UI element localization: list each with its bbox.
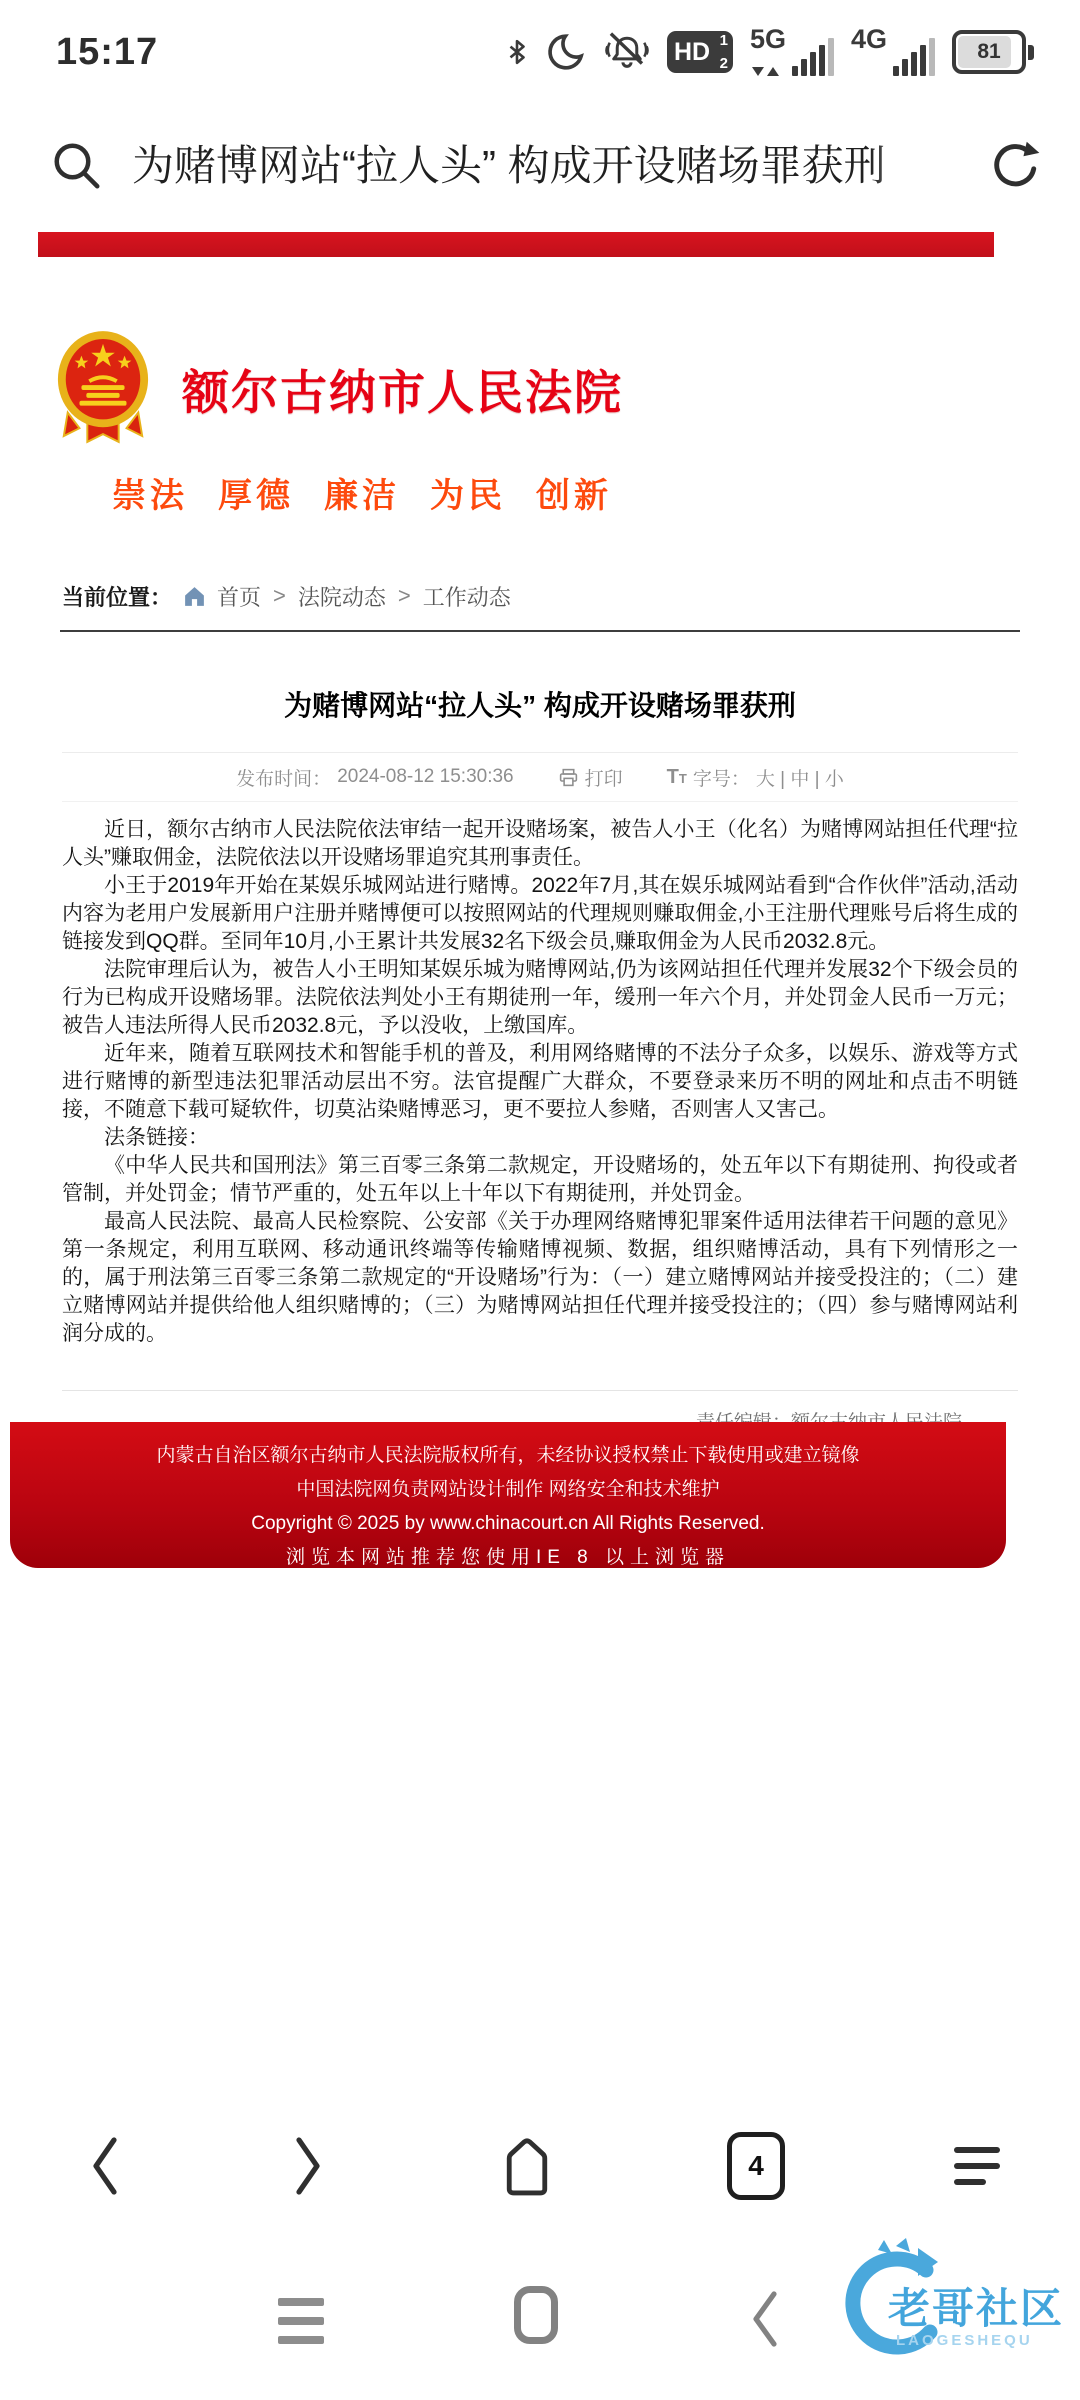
home-button[interactable] <box>496 2133 558 2199</box>
browser-address-bar[interactable]: 为赌博网站“拉人头” 构成开设赌场罪获刑 <box>50 116 1044 216</box>
address-text[interactable]: 为赌博网站“拉人头” 构成开设赌场罪获刑 <box>132 134 960 198</box>
status-icons: HD 1 2 5G 4G 81 <box>504 26 1034 78</box>
signal-4g: 4G <box>851 26 935 78</box>
fontsize-options[interactable]: 大 | 中 | 小 <box>756 764 844 791</box>
slogan-word: 为民 <box>430 468 506 517</box>
national-emblem-logo[interactable] <box>54 330 152 448</box>
breadcrumb-label: 当前位置： <box>62 581 172 612</box>
paragraph: 法院审理后认为，被告人小王明知某娱乐城为赌博网站,仍为该网站担任代理并发展32个… <box>62 956 1018 1040</box>
system-back-button[interactable] <box>748 2288 782 2350</box>
site-title[interactable]: 额尔古纳市人民法院 <box>182 356 623 423</box>
fontsize-icon: TT <box>667 766 687 789</box>
status-bar: 15:17 HD 1 2 <box>56 26 1034 78</box>
battery-indicator: 81 <box>952 30 1034 74</box>
page-load-progress-bar <box>38 232 994 257</box>
slogan-word: 创新 <box>536 468 612 517</box>
breadcrumb: 当前位置： 首页 > 法院动态 > 工作动态 <box>62 576 1020 616</box>
paragraph: 小王于2019年开始在某娱乐城网站进行赌博。2022年7月,其在娱乐城网站看到“… <box>62 872 1018 956</box>
address-text-fade <box>870 134 960 198</box>
browser-menu-button[interactable] <box>954 2147 1002 2185</box>
hd-sim2: 2 <box>720 55 728 72</box>
address-text-wrap[interactable]: 为赌博网站“拉人头” 构成开设赌场罪获刑 <box>132 134 960 198</box>
print-button[interactable]: 打印 <box>558 764 623 791</box>
site-footer: 内蒙古自治区额尔古纳市人民法院版权所有，未经协议授权禁止下载使用或建立镜像 中国… <box>10 1422 1006 1568</box>
battery-nub-icon <box>1028 45 1034 60</box>
paragraph: 法条链接： <box>62 1124 1018 1152</box>
meta-bottom-divider <box>62 801 1018 802</box>
publish-value: 2024-08-12 15:30:36 <box>337 766 513 788</box>
article-title: 为赌博网站“拉人头” 构成开设赌场罪获刑 <box>62 684 1018 724</box>
site-slogan: 崇法 厚德 廉洁 为民 创新 <box>112 468 612 517</box>
watermark-text: 老哥社区 <box>888 2276 1064 2336</box>
fontsize-control[interactable]: TT 字号： 大 | 中 | 小 <box>667 764 844 791</box>
data-activity-arrows-icon <box>752 67 779 76</box>
browser-toolbar: 4 <box>0 2106 1080 2226</box>
printer-icon <box>558 767 579 788</box>
forward-button[interactable] <box>291 2134 327 2198</box>
signal-5g: 5G <box>750 26 834 78</box>
signal-5g-label: 5G <box>750 24 786 55</box>
publish-label: 发布时间： <box>236 764 331 791</box>
fontsize-label: 字号： <box>693 764 750 791</box>
paragraph: 近日，额尔古纳市人民法院依法审结一起开设赌场案，被告人小王（化名）为赌博网站担任… <box>62 816 1018 872</box>
system-home-button[interactable] <box>514 2286 558 2344</box>
battery-body-icon: 81 <box>952 30 1026 74</box>
signal-bars-icon <box>893 38 935 76</box>
breadcrumb-section-link[interactable]: 法院动态 <box>298 581 386 612</box>
breadcrumb-home-link[interactable]: 首页 <box>217 581 261 612</box>
paragraph: 《中华人民共和国刑法》第三百零三条第二款规定，开设赌场的，处五年以下有期徒刑、拘… <box>62 1152 1018 1208</box>
breadcrumb-divider <box>60 630 1020 632</box>
paragraph: 最高人民法院、最高人民检察院、公安部《关于办理网络赌博犯罪案件适用法律若干问题的… <box>62 1208 1018 1348</box>
hd-label: HD <box>674 38 710 67</box>
footer-rights-line: Copyright © 2025 by www.chinacourt.cn Al… <box>10 1507 1006 1541</box>
breadcrumb-separator: > <box>396 583 413 609</box>
back-button[interactable] <box>86 2134 122 2198</box>
footer-design-line: 中国法院网负责网站设计制作 网络安全和技术维护 <box>10 1473 1006 1507</box>
footer-browser-line: 浏览本网站推荐您使用IE 8 以上浏览器 <box>10 1541 1006 1575</box>
slogan-word: 厚德 <box>218 468 294 517</box>
signal-bars-icon <box>792 38 834 76</box>
publish-time: 发布时间： 2024-08-12 15:30:36 <box>236 764 513 791</box>
breadcrumb-separator: > <box>271 583 288 609</box>
breadcrumb-page-link[interactable]: 工作动态 <box>423 581 511 612</box>
paragraph: 近年来，随着互联网技术和智能手机的普及，利用网络赌博的不法分子众多，以娱乐、游戏… <box>62 1040 1018 1124</box>
bluetooth-icon <box>504 32 530 72</box>
clock: 15:17 <box>56 31 158 74</box>
tab-count: 4 <box>748 2150 764 2182</box>
do-not-disturb-moon-icon <box>547 32 587 72</box>
recents-button[interactable] <box>278 2298 324 2344</box>
signal-4g-label: 4G <box>851 24 887 55</box>
watermark-logo: 老哥社区 LAOGESHEQU <box>826 2236 1080 2400</box>
phone-screen: 15:17 HD 1 2 <box>0 0 1080 2400</box>
footer-copyright-line: 内蒙古自治区额尔古纳市人民法院版权所有，未经协议授权禁止下载使用或建立镜像 <box>10 1439 1006 1473</box>
article-meta: 发布时间： 2024-08-12 15:30:36 打印 TT 字号： 大 | … <box>62 753 1018 801</box>
mute-vibrate-bell-icon <box>604 31 650 73</box>
search-icon <box>50 139 104 193</box>
slogan-word: 廉洁 <box>324 468 400 517</box>
home-icon <box>182 584 207 609</box>
article: 为赌博网站“拉人头” 构成开设赌场罪获刑 发布时间： 2024-08-12 15… <box>62 660 1018 1434</box>
volte-hd-badge: HD 1 2 <box>667 31 733 73</box>
slogan-word: 崇法 <box>112 468 188 517</box>
refresh-button[interactable] <box>988 138 1044 194</box>
battery-percent: 81 <box>956 34 1022 70</box>
tabs-button[interactable]: 4 <box>727 2132 785 2200</box>
watermark-subtext: LAOGESHEQU <box>896 2332 1033 2349</box>
print-label[interactable]: 打印 <box>585 764 623 791</box>
site-header: 额尔古纳市人民法院 <box>54 330 623 448</box>
hd-sim1: 1 <box>720 32 728 49</box>
article-body: 近日，额尔古纳市人民法院依法审结一起开设赌场案，被告人小王（化名）为赌博网站担任… <box>62 816 1018 1348</box>
